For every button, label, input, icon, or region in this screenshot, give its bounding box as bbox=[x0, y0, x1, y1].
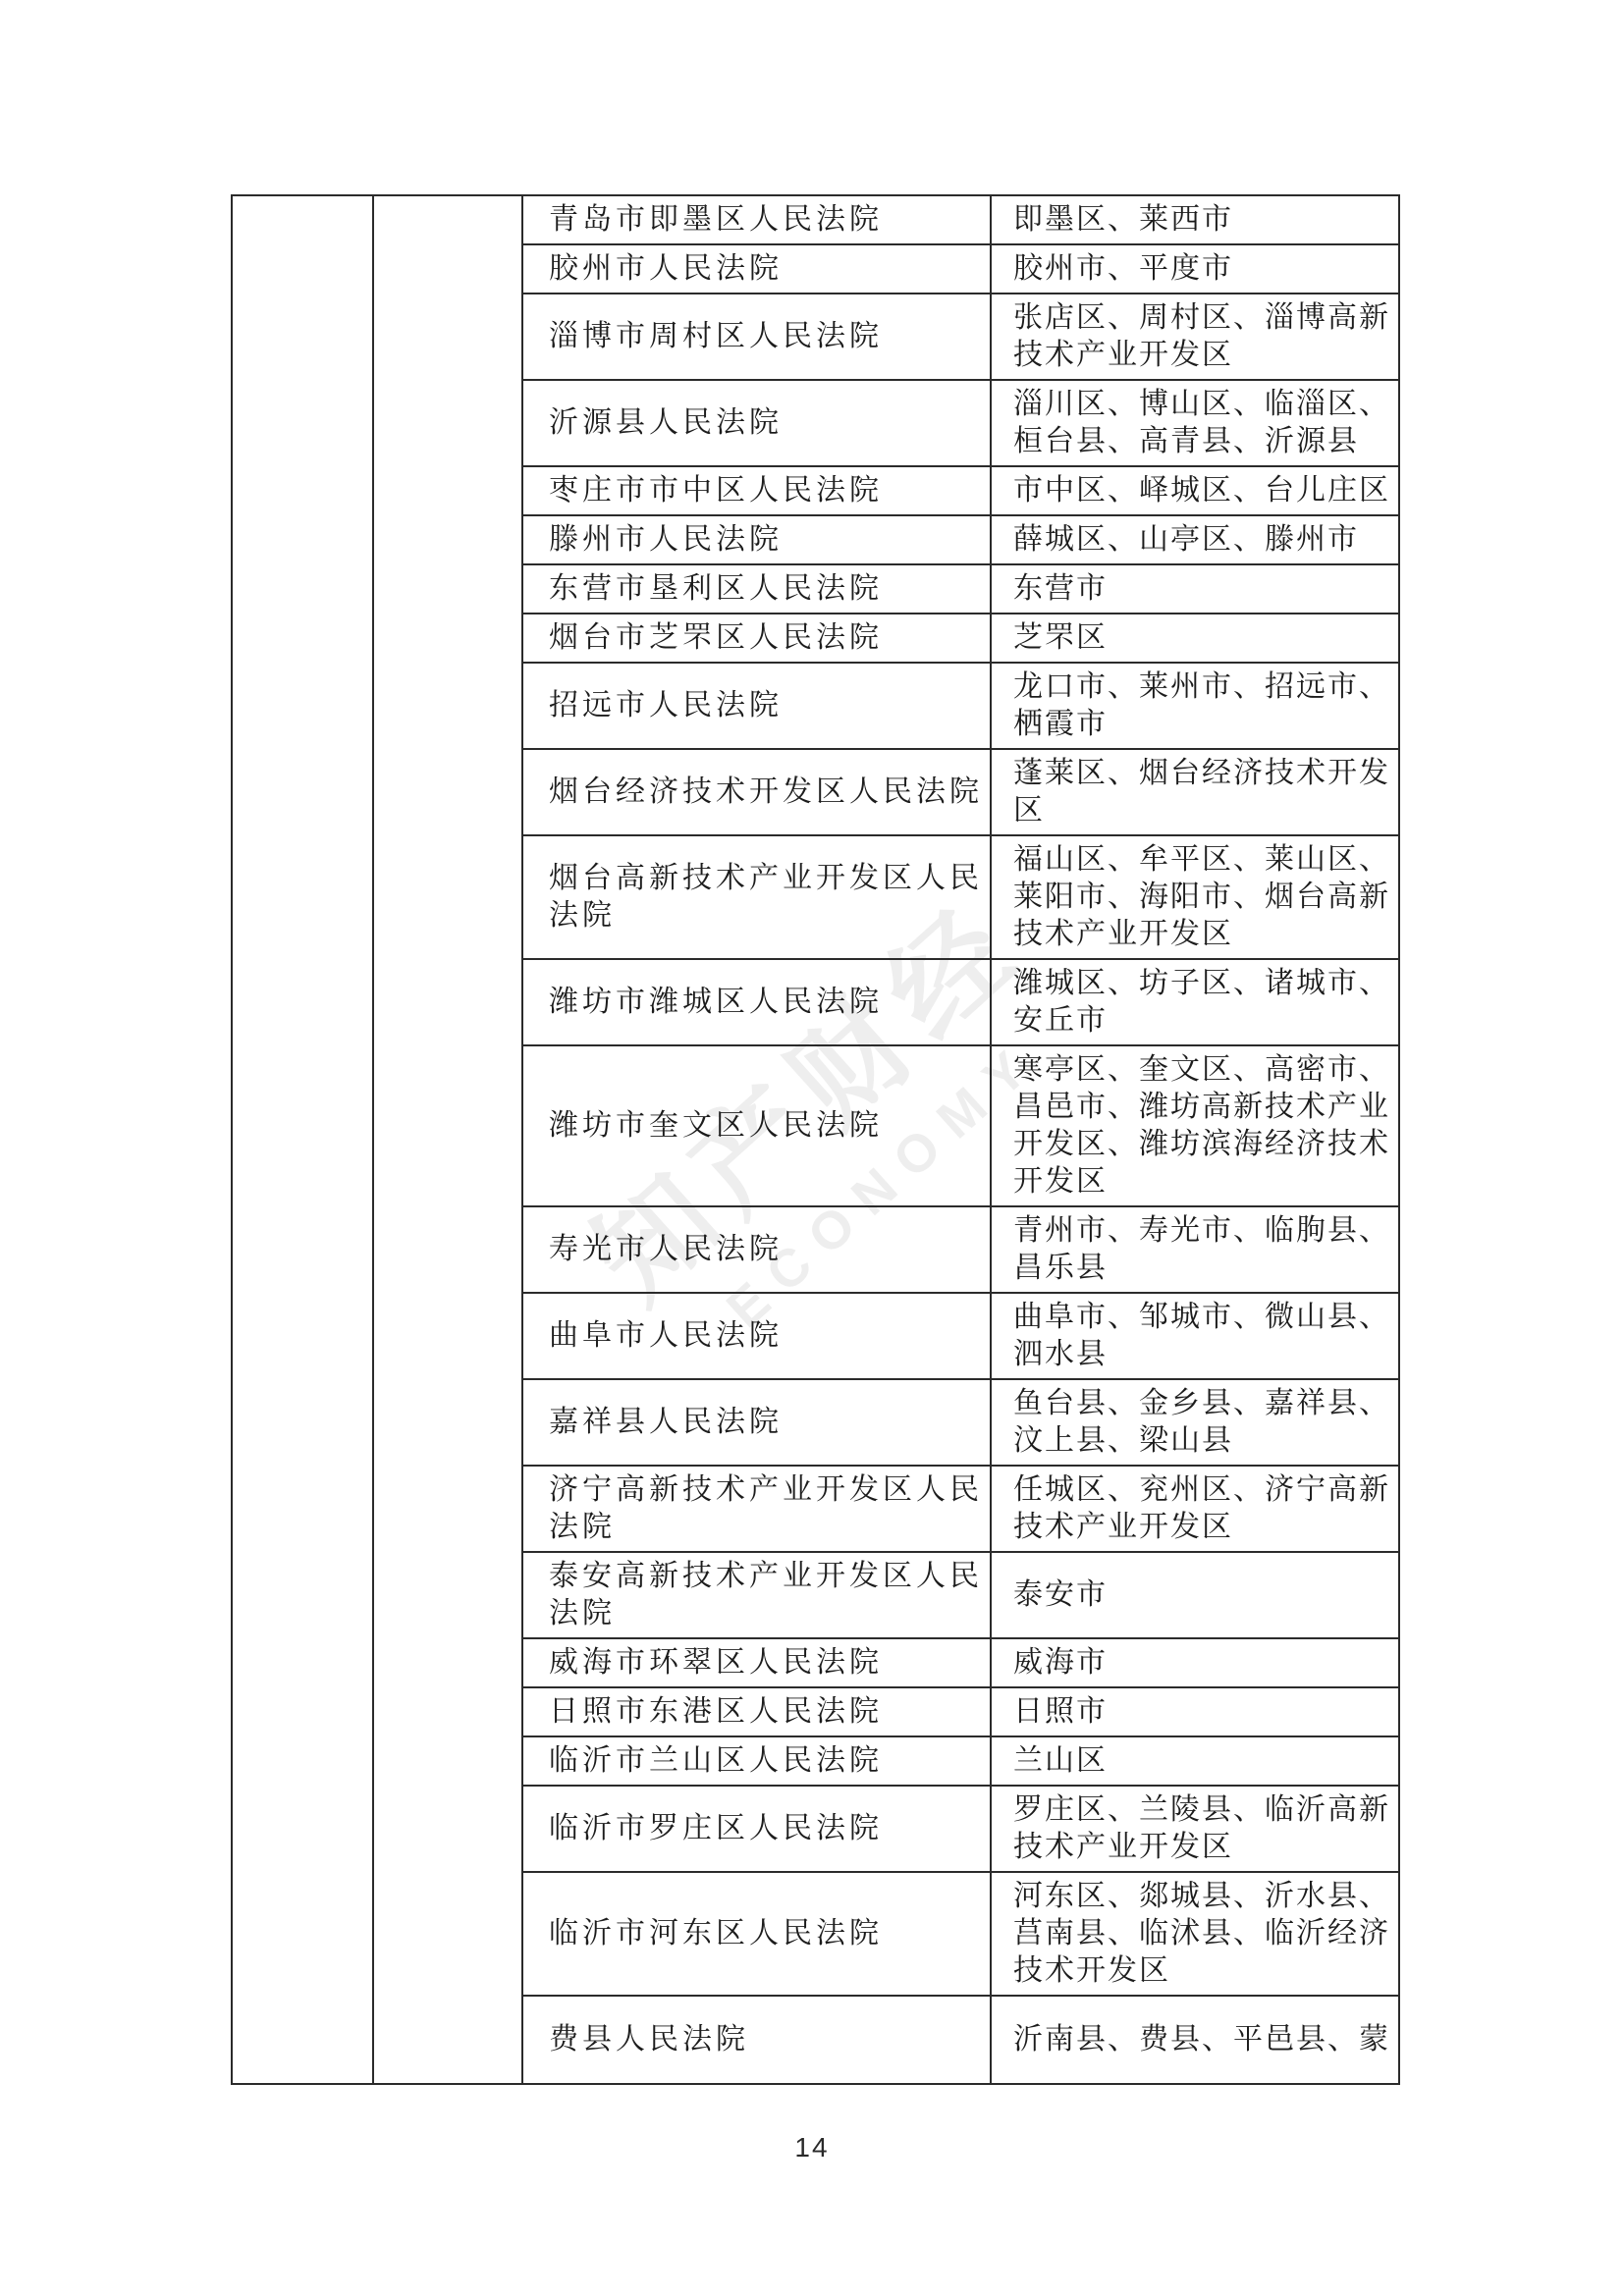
jurisdiction-cell: 沂南县、费县、平邑县、蒙 bbox=[991, 1996, 1399, 2084]
jurisdiction-cell: 鱼台县、金乡县、嘉祥县、汶上县、梁山县 bbox=[991, 1379, 1399, 1466]
court-cell: 嘉祥县人民法院 bbox=[522, 1379, 991, 1466]
court-cell: 临沂市罗庄区人民法院 bbox=[522, 1786, 991, 1872]
court-cell: 费县人民法院 bbox=[522, 1996, 991, 2084]
jurisdiction-cell: 威海市 bbox=[991, 1638, 1399, 1687]
court-cell: 胶州市人民法院 bbox=[522, 244, 991, 294]
jurisdiction-cell: 日照市 bbox=[991, 1687, 1399, 1736]
jurisdiction-cell: 青州市、寿光市、临朐县、昌乐县 bbox=[991, 1206, 1399, 1293]
court-cell: 临沂市兰山区人民法院 bbox=[522, 1736, 991, 1786]
jurisdiction-cell: 薛城区、山亭区、滕州市 bbox=[991, 515, 1399, 564]
court-cell: 枣庄市市中区人民法院 bbox=[522, 466, 991, 515]
court-cell: 淄博市周村区人民法院 bbox=[522, 294, 991, 380]
court-cell: 曲阜市人民法院 bbox=[522, 1293, 991, 1379]
court-cell: 东营市垦利区人民法院 bbox=[522, 564, 991, 614]
jurisdiction-cell: 芝罘区 bbox=[991, 614, 1399, 663]
court-cell: 威海市环翠区人民法院 bbox=[522, 1638, 991, 1687]
jurisdiction-cell: 河东区、郯城县、沂水县、莒南县、临沭县、临沂经济技术开发区 bbox=[991, 1872, 1399, 1996]
jurisdiction-cell: 任城区、兖州区、济宁高新技术产业开发区 bbox=[991, 1466, 1399, 1552]
jurisdiction-cell: 龙口市、莱州市、招远市、栖霞市 bbox=[991, 663, 1399, 749]
court-cell: 烟台经济技术开发区人民法院 bbox=[522, 749, 991, 835]
document-page: 知产财经 ECONOMY 青岛市即墨区人民法院 即墨区、莱西市 胶州市人民法院 … bbox=[0, 0, 1624, 2296]
court-cell: 沂源县人民法院 bbox=[522, 380, 991, 466]
court-cell: 烟台市芝罘区人民法院 bbox=[522, 614, 991, 663]
jurisdiction-cell: 泰安市 bbox=[991, 1552, 1399, 1638]
court-cell: 潍坊市潍城区人民法院 bbox=[522, 959, 991, 1045]
jurisdiction-cell: 曲阜市、邹城市、微山县、泗水县 bbox=[991, 1293, 1399, 1379]
jurisdiction-cell: 淄川区、博山区、临淄区、桓台县、高青县、沂源县 bbox=[991, 380, 1399, 466]
jurisdiction-cell: 张店区、周村区、淄博高新技术产业开发区 bbox=[991, 294, 1399, 380]
jurisdiction-cell: 市中区、峄城区、台儿庄区 bbox=[991, 466, 1399, 515]
jurisdiction-cell: 胶州市、平度市 bbox=[991, 244, 1399, 294]
court-cell: 日照市东港区人民法院 bbox=[522, 1687, 991, 1736]
jurisdiction-cell: 潍城区、坊子区、诸城市、安丘市 bbox=[991, 959, 1399, 1045]
court-cell: 招远市人民法院 bbox=[522, 663, 991, 749]
jurisdiction-cell: 罗庄区、兰陵县、临沂高新技术产业开发区 bbox=[991, 1786, 1399, 1872]
jurisdiction-cell: 寒亭区、奎文区、高密市、昌邑市、潍坊高新技术产业开发区、潍坊滨海经济技术开发区 bbox=[991, 1045, 1399, 1206]
page-number: 14 bbox=[0, 2132, 1624, 2163]
jurisdiction-cell: 兰山区 bbox=[991, 1736, 1399, 1786]
court-cell: 临沂市河东区人民法院 bbox=[522, 1872, 991, 1996]
jurisdiction-cell: 福山区、牟平区、莱山区、莱阳市、海阳市、烟台高新技术产业开发区 bbox=[991, 835, 1399, 959]
merged-empty-cell-2 bbox=[373, 195, 522, 2084]
court-cell: 烟台高新技术产业开发区人民法院 bbox=[522, 835, 991, 959]
court-cell: 泰安高新技术产业开发区人民法院 bbox=[522, 1552, 991, 1638]
merged-empty-cell-1 bbox=[232, 195, 373, 2084]
jurisdiction-table: 青岛市即墨区人民法院 即墨区、莱西市 胶州市人民法院 胶州市、平度市 淄博市周村… bbox=[231, 194, 1400, 2085]
court-cell: 滕州市人民法院 bbox=[522, 515, 991, 564]
court-cell: 寿光市人民法院 bbox=[522, 1206, 991, 1293]
court-cell: 济宁高新技术产业开发区人民法院 bbox=[522, 1466, 991, 1552]
court-cell: 潍坊市奎文区人民法院 bbox=[522, 1045, 991, 1206]
table-row: 青岛市即墨区人民法院 即墨区、莱西市 bbox=[232, 195, 1399, 244]
jurisdiction-cell: 蓬莱区、烟台经济技术开发区 bbox=[991, 749, 1399, 835]
court-cell: 青岛市即墨区人民法院 bbox=[522, 195, 991, 244]
jurisdiction-cell: 东营市 bbox=[991, 564, 1399, 614]
jurisdiction-table-body: 青岛市即墨区人民法院 即墨区、莱西市 胶州市人民法院 胶州市、平度市 淄博市周村… bbox=[232, 195, 1399, 2084]
jurisdiction-cell: 即墨区、莱西市 bbox=[991, 195, 1399, 244]
